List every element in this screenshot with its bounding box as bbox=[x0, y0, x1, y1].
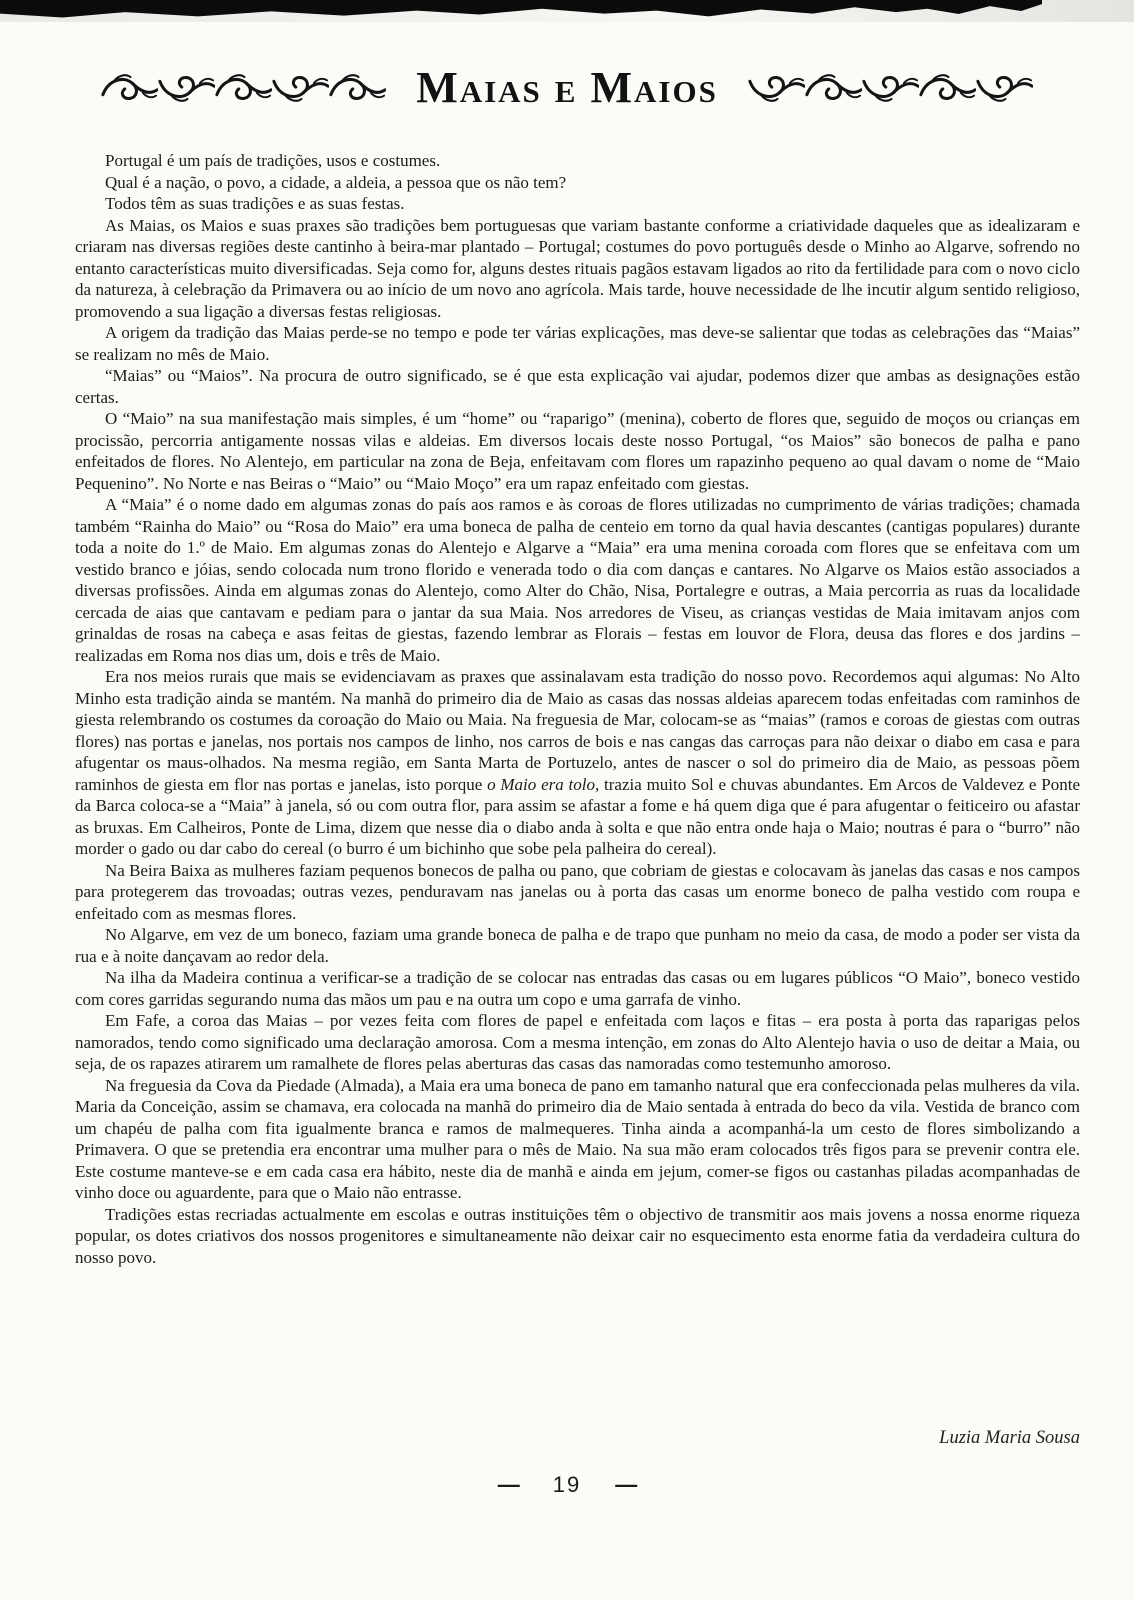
floral-scroll-ornament-left bbox=[101, 71, 386, 105]
paragraph: Na ilha da Madeira continua a verificar-… bbox=[75, 967, 1080, 1010]
paragraph: “Maias” ou “Maios”. Na procura de outro … bbox=[75, 365, 1080, 408]
paragraph: Na Beira Baixa as mulheres faziam pequen… bbox=[75, 860, 1080, 925]
paragraph: Tradições estas recriadas actualmente em… bbox=[75, 1204, 1080, 1269]
paragraph: Na freguesia da Cova da Piedade (Almada)… bbox=[75, 1075, 1080, 1204]
paragraph: Portugal é um país de tradições, usos e … bbox=[75, 150, 1080, 172]
paragraph: O “Maio” na sua manifestação mais simple… bbox=[75, 408, 1080, 494]
paragraph: Em Fafe, a coroa das Maias – por vezes f… bbox=[75, 1010, 1080, 1075]
footer-dash-right: — bbox=[615, 1472, 636, 1498]
article-body: Portugal é um país de tradições, usos e … bbox=[75, 150, 1080, 1268]
paragraph: Era nos meios rurais que mais se evidenc… bbox=[75, 666, 1080, 860]
paragraph: Todos têm as suas tradições e as suas fe… bbox=[75, 193, 1080, 215]
paragraph: As Maias, os Maios e suas praxes são tra… bbox=[75, 215, 1080, 323]
floral-scroll-ornament-right bbox=[748, 71, 1033, 105]
paragraph: No Algarve, em vez de um boneco, faziam … bbox=[75, 924, 1080, 967]
author-signature: Luzia Maria Sousa bbox=[75, 1428, 1080, 1449]
paragraph: A “Maia” é o nome dado em algumas zonas … bbox=[75, 494, 1080, 666]
page-title: Maias e Maios bbox=[412, 66, 722, 110]
page-number: 19 bbox=[553, 1472, 581, 1498]
paragraph: Qual é a nação, o povo, a cidade, a alde… bbox=[75, 172, 1080, 194]
paragraph: A origem da tradição das Maias perde-se … bbox=[75, 322, 1080, 365]
page-number-footer: — 19 — bbox=[0, 1472, 1134, 1498]
page-header: Maias e Maios bbox=[0, 66, 1134, 110]
footer-dash-left: — bbox=[498, 1472, 519, 1498]
